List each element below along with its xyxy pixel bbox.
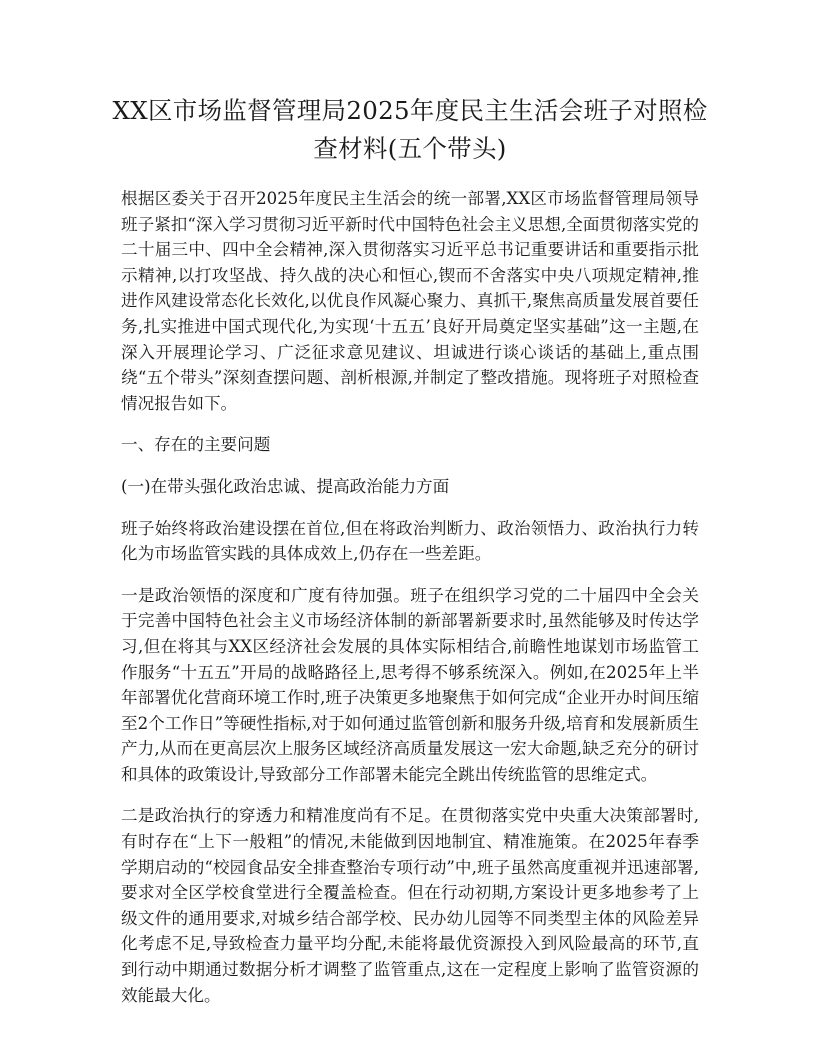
body-paragraph: 二是政治执行的穿透力和精准度尚有不足。在贯彻落实党中央重大决策部署时,有时存在“…: [121, 803, 699, 1008]
section-heading: 一、存在的主要问题: [121, 432, 699, 458]
body-paragraph: 班子始终将政治建设摆在首位,但在将政治判断力、政治领悟力、政治执行力转化为市场监…: [121, 516, 699, 567]
subsection-heading: (一)在带头强化政治忠诚、提高政治能力方面: [121, 474, 699, 500]
title-line-1: XX区市场监督管理局2025年度民主生活会班子对照检: [112, 96, 707, 125]
document-page: XX区市场监督管理局2025年度民主生活会班子对照检 查材料(五个带头) 根据区…: [121, 92, 699, 1008]
body-paragraph: 一是政治领悟的深度和广度有待加强。班子在组织学习党的二十届四中全会关于完善中国特…: [121, 583, 699, 788]
intro-paragraph: 根据区委关于召开2025年度民主生活会的统一部署,XX区市场监督管理局领导班子紧…: [121, 186, 699, 416]
title-line-2: 查材料(五个带头): [313, 134, 506, 163]
document-title: XX区市场监督管理局2025年度民主生活会班子对照检 查材料(五个带头): [99, 92, 721, 168]
